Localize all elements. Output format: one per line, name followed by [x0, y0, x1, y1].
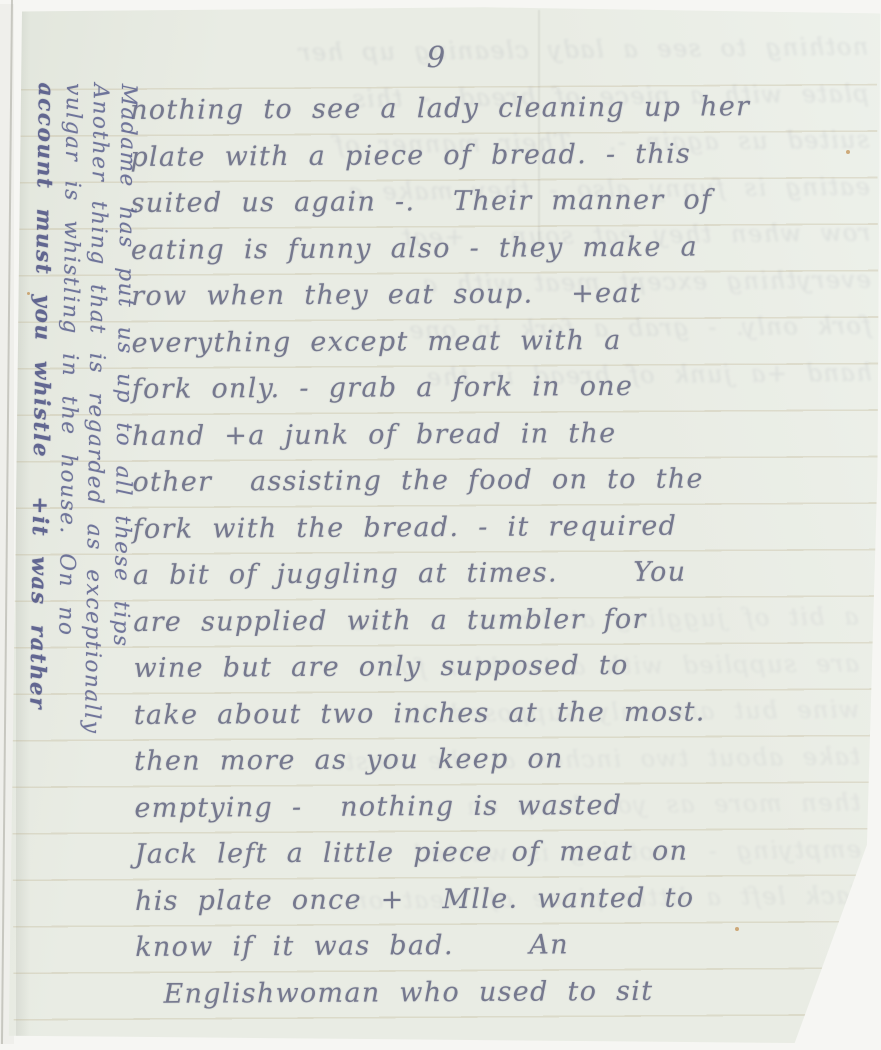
fold-crease — [538, 10, 540, 245]
scanned-letter-page: nothing to see a lady cleaning up herpla… — [0, 0, 881, 1050]
handwriting-line: his plate once + Mlle. wanted to — [135, 874, 877, 925]
paper-speck — [27, 292, 30, 295]
paper-speck — [846, 150, 850, 154]
handwriting-line: a bit of juggling at times. You — [133, 548, 875, 599]
handwriting-line: are supplied with a tumbler for — [133, 595, 875, 646]
handwriting-line: suited us again -. Their manner of — [131, 176, 873, 227]
handwriting-line: plate with a piece of bread. - this — [130, 130, 872, 181]
handwriting-line: then more as you keep on — [134, 734, 876, 785]
handwriting-line: fork with the bread. - it required — [133, 502, 875, 553]
handwriting-line: other assisting the food on to the — [132, 455, 874, 506]
handwriting-line: take about two inches at the most. — [134, 688, 876, 739]
handwriting-line: Jack left a little piece of meat on — [135, 827, 877, 878]
handwriting-line: nothing to see a lady cleaning up her — [130, 83, 872, 134]
ghost-line: nothing to see a lady cleaning up her — [398, 24, 868, 75]
handwriting-line: hand +a junk of bread in the — [132, 409, 874, 460]
handwriting-line: row when they eat soup. +eat — [131, 269, 873, 320]
handwriting-line: fork only. - grab a fork in one — [132, 362, 874, 413]
letter-paper: nothing to see a lady cleaning up herpla… — [0, 0, 881, 1043]
handwriting-line: know if it was bad. An — [135, 920, 877, 971]
paper-speck — [735, 927, 739, 931]
handwriting-line: wine but are only supposed to — [133, 641, 875, 692]
handwriting-line: emptying - nothing is wasted — [134, 781, 876, 832]
margin-note-vertical: Madame has put us up to all these tipsAn… — [19, 82, 142, 1035]
handwritten-text-block: nothing to see a lady cleaning up herpla… — [130, 83, 878, 1018]
handwriting-line: eating is funny also - they make a — [131, 223, 873, 274]
handwriting-line: everything except meat with a — [131, 316, 873, 367]
handwriting-line: Englishwoman who used to sit — [163, 967, 877, 1018]
page-number: 9 — [404, 40, 468, 74]
